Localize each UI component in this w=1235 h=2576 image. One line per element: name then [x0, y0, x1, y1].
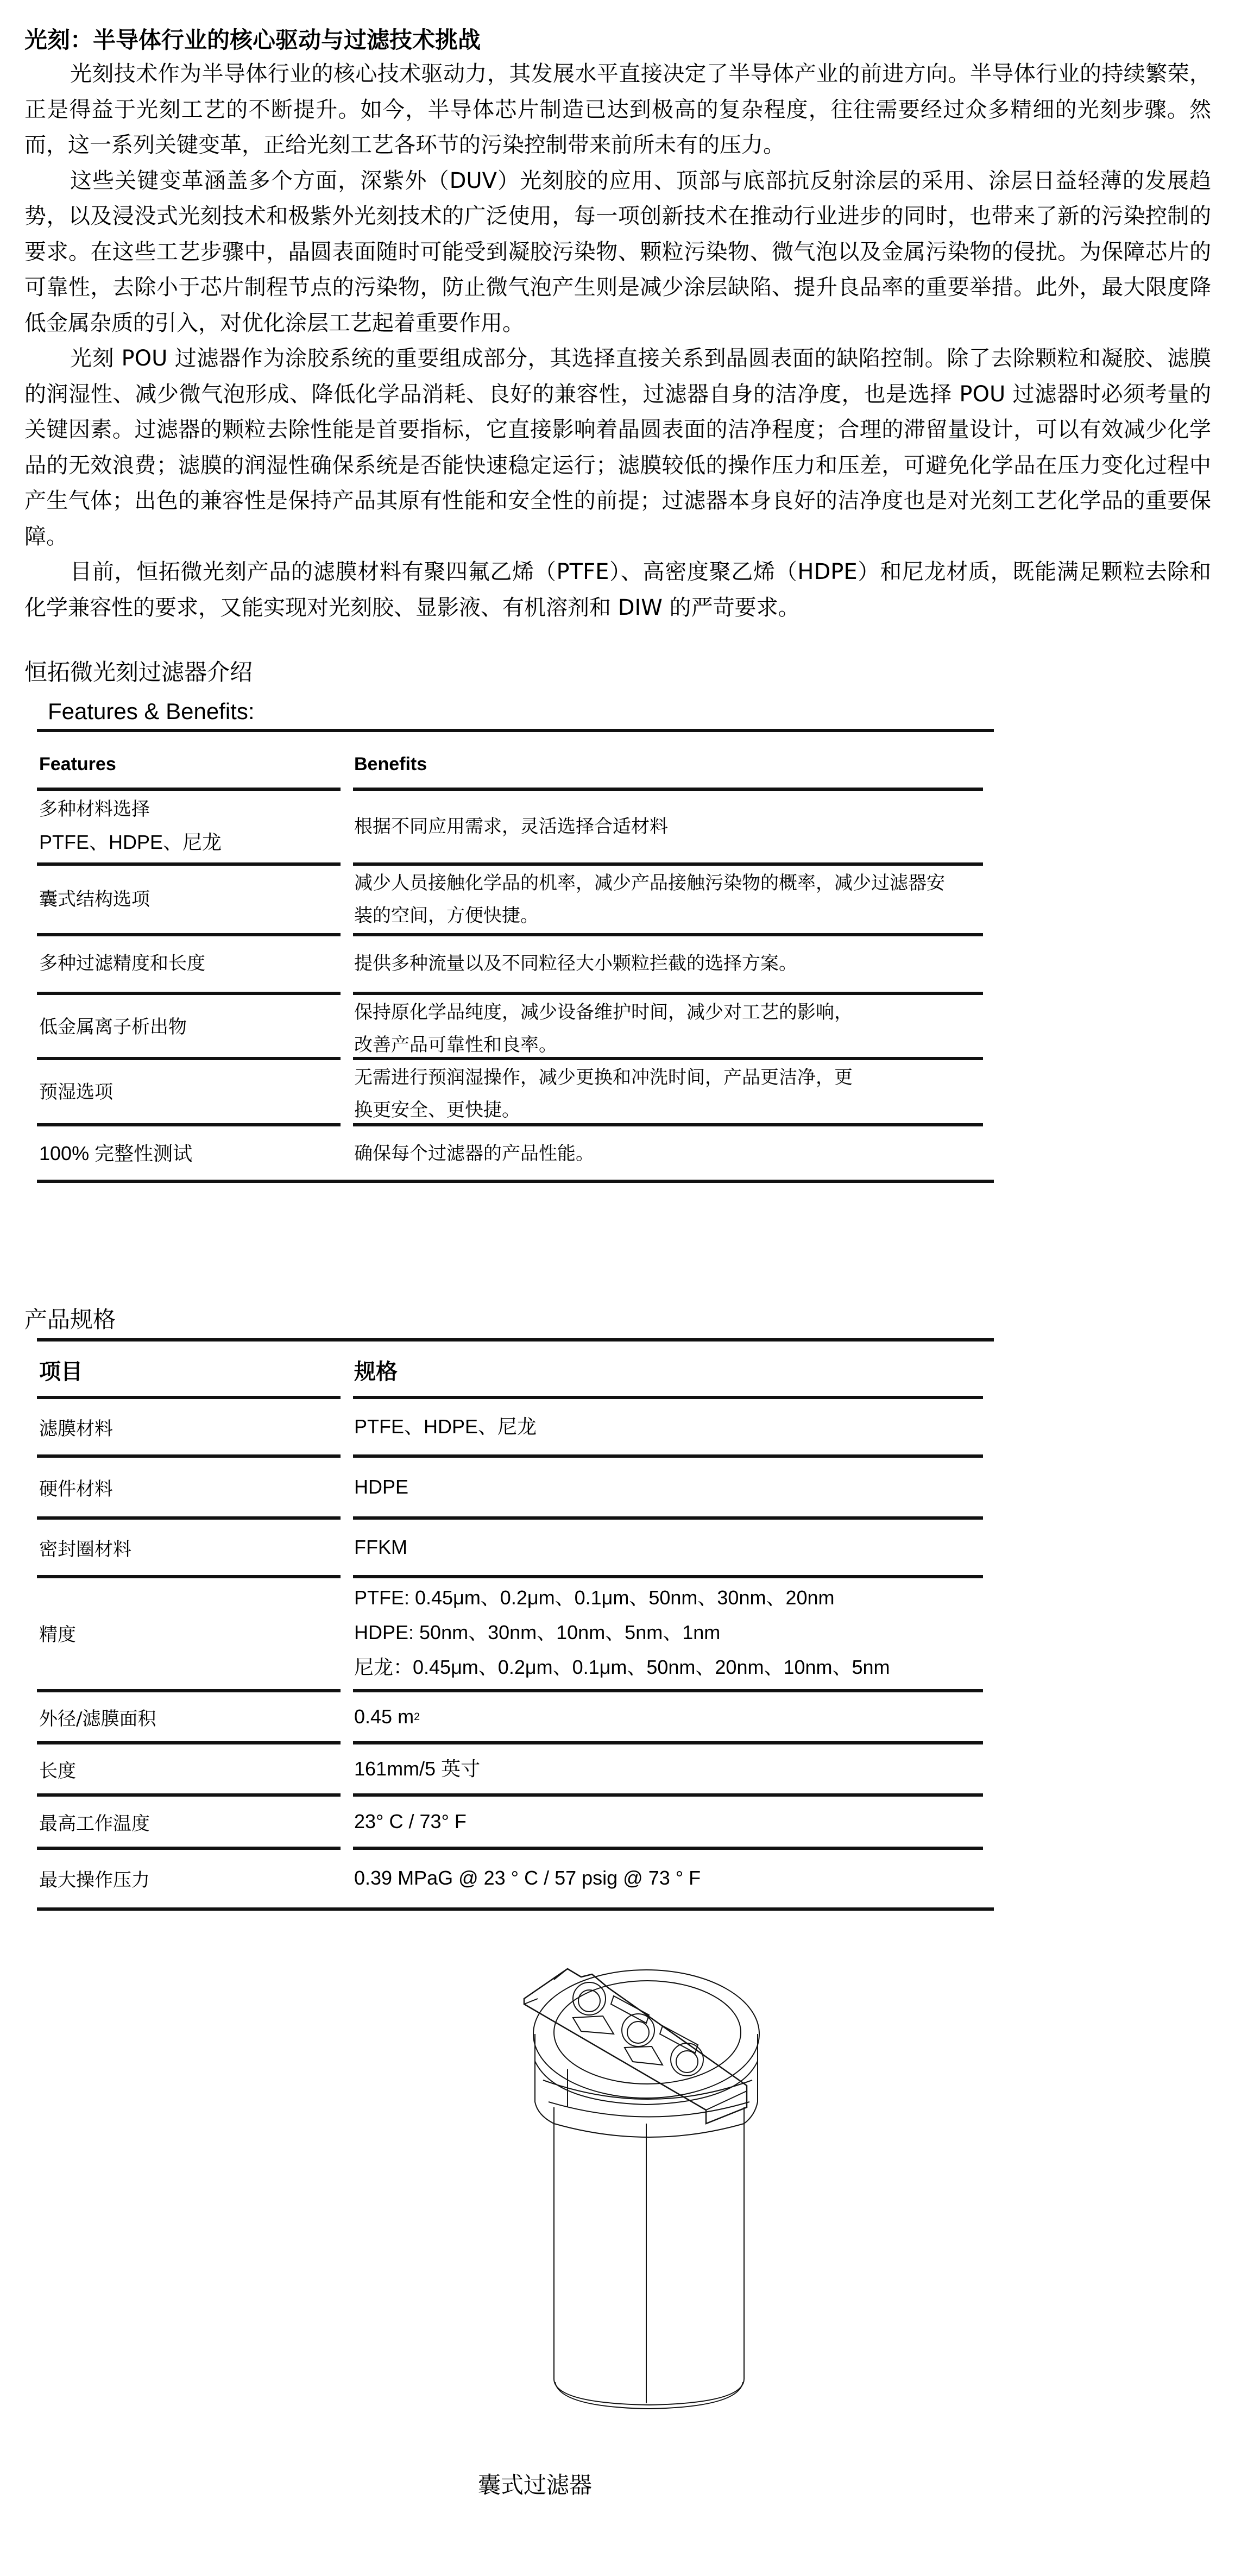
specs-section-title: 产品规格 [24, 1306, 116, 1334]
spec-row-value: 161mm/5 英寸 [354, 1744, 979, 1793]
table-row-feature: 多种材料选择 PTFE、HDPE、尼龙 [39, 793, 338, 864]
table-row-benefit: 提供多种流量以及不同粒径大小颗粒拦截的选择方案。 [354, 936, 979, 991]
paragraph: 光刻 POU 过滤器作为涂胶系统的重要组成部分，其选择直接关系到晶圆表面的缺陷控… [24, 341, 1211, 555]
capsule-filter-drawing-icon [521, 1944, 777, 2433]
intro-section-title: 恒拓微光刻过滤器介绍 [24, 658, 253, 686]
table-row-benefit: 减少人员接触化学品的机率，减少产品接触污染物的概率，减少过滤器安 装的空间，方便… [354, 867, 979, 933]
spec-row-value: PTFE: 0.45μm、0.2μm、0.1μm、50nm、30nm、20nm … [354, 1580, 979, 1687]
spec-row-value: HDPE [354, 1458, 979, 1516]
table-row-feature: 100% 完整性测试 [39, 1126, 338, 1181]
table-row-benefit: 确保每个过滤器的产品性能。 [354, 1126, 979, 1181]
spec-row-item: 精度 [39, 1578, 338, 1687]
table-row-benefit: 无需进行预润湿操作，减少更换和冲洗时间，产品更洁净，更 换更安全、更快捷。 [354, 1061, 979, 1124]
paragraph: 光刻技术作为半导体行业的核心技术驱动力，其发展水平直接决定了半导体产业的前进方向… [24, 56, 1211, 163]
column-header-features: Features [39, 740, 338, 789]
table-rule [353, 992, 983, 995]
table-rule [37, 729, 994, 732]
paragraph: 这些关键变革涵盖多个方面，深紫外（DUV）光刻胶的应用、顶部与底部抗反射涂层的采… [24, 163, 1211, 342]
article-title: 光刻：半导体行业的核心驱动与过滤技术挑战 [24, 25, 481, 55]
column-header-spec: 规格 [354, 1344, 979, 1396]
table-rule [37, 1338, 994, 1341]
table-row-benefit: 根据不同应用需求，灵活选择合适材料 [354, 791, 979, 862]
table-rule [353, 1057, 983, 1060]
column-header-benefits: Benefits [354, 740, 979, 789]
spec-row-item: 最高工作温度 [39, 1797, 338, 1847]
spec-row-item: 最大操作压力 [39, 1850, 338, 1906]
features-benefits-table: Features Benefits 多种材料选择 PTFE、HDPE、尼龙 根据… [37, 729, 994, 1185]
table-rule [353, 1575, 983, 1578]
column-header-item: 项目 [39, 1344, 338, 1396]
spec-row-value: 0.39 MPaG @ 23 ° C / 57 psig @ 73 ° F [354, 1850, 979, 1906]
table-row-feature: 低金属离子析出物 [39, 995, 338, 1059]
table-row-benefit: 保持原化学品纯度，减少设备维护时间，减少对工艺的影响， 改善产品可靠性和良率。 [354, 996, 979, 1059]
table-row-feature: 多种过滤精度和长度 [39, 936, 338, 991]
table-rule [37, 1907, 994, 1911]
spec-row-value: FFKM [354, 1520, 979, 1575]
spec-row-item: 硬件材料 [39, 1458, 338, 1516]
table-rule [37, 788, 341, 791]
specs-table: 项目 规格 滤膜材料 PTFE、HDPE、尼龙 硬件材料 HDPE 密封圈材料 … [37, 1338, 994, 1936]
table-row-feature: 囊式结构选项 [39, 866, 338, 933]
spec-row-item: 外径/滤膜面积 [39, 1692, 338, 1741]
article-body: 光刻技术作为半导体行业的核心技术驱动力，其发展水平直接决定了半导体产业的前进方向… [24, 56, 1211, 626]
spec-row-value: 23° C / 73° F [354, 1797, 979, 1847]
paragraph: 目前，恒拓微光刻产品的滤膜材料有聚四氟乙烯（PTFE）、高密度聚乙烯（HDPE）… [24, 555, 1211, 626]
figure-caption: 囊式过滤器 [478, 2470, 592, 2501]
spec-row-item: 滤膜材料 [39, 1399, 338, 1454]
table-rule [353, 862, 983, 866]
spec-row-value: 0.45 m2 [354, 1692, 979, 1741]
table-rule [37, 1180, 994, 1183]
features-benefits-subtitle: Features & Benefits: [48, 697, 255, 726]
table-row-feature: 预湿选项 [39, 1060, 338, 1124]
spec-row-item: 密封圈材料 [39, 1520, 338, 1575]
spec-row-item: 长度 [39, 1744, 338, 1793]
spec-row-value: PTFE、HDPE、尼龙 [354, 1399, 979, 1454]
